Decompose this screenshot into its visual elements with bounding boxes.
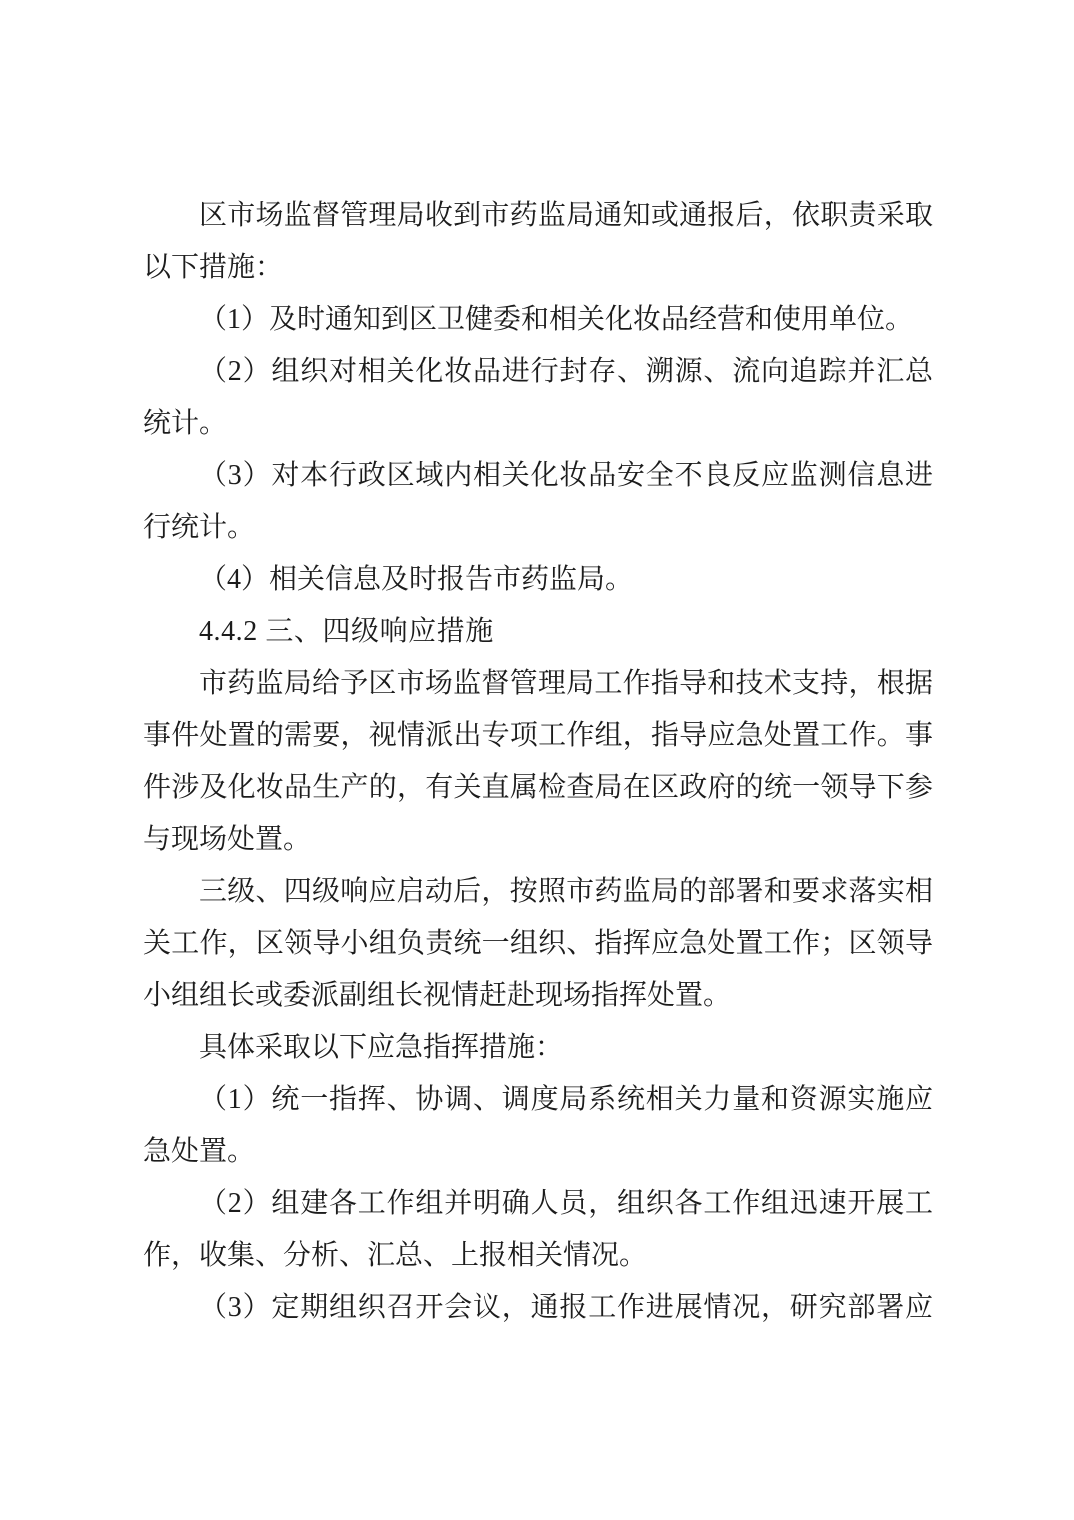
paragraph-line: 以下措施： (143, 242, 933, 294)
paragraph-line: 三级、四级响应启动后，按照市药监局的部署和要求落实相 (143, 866, 933, 918)
list-item-line: 急处置。 (143, 1126, 933, 1178)
list-item-line: （4）相关信息及时报告市药监局。 (143, 554, 933, 606)
document-body: 区市场监督管理局收到市药监局通知或通报后，依职责采取 以下措施： （1）及时通知… (143, 190, 933, 1334)
list-item-line: （2）组织对相关化妆品进行封存、溯源、流向追踪并汇总 (143, 346, 933, 398)
document-page: 区市场监督管理局收到市药监局通知或通报后，依职责采取 以下措施： （1）及时通知… (0, 0, 1074, 1520)
paragraph-line: 件涉及化妆品生产的，有关直属检查局在区政府的统一领导下参 (143, 762, 933, 814)
list-item-line: （1）统一指挥、协调、调度局系统相关力量和资源实施应 (143, 1074, 933, 1126)
list-item-line: （3）定期组织召开会议，通报工作进展情况，研究部署应 (143, 1282, 933, 1334)
paragraph-line: 事件处置的需要，视情派出专项工作组，指导应急处置工作。事 (143, 710, 933, 762)
paragraph-line: 关工作，区领导小组负责统一组织、指挥应急处置工作；区领导 (143, 918, 933, 970)
list-item-line: （1）及时通知到区卫健委和相关化妆品经营和使用单位。 (143, 294, 933, 346)
paragraph-line: 区市场监督管理局收到市药监局通知或通报后，依职责采取 (143, 190, 933, 242)
paragraph-line: 小组组长或委派副组长视情赶赴现场指挥处置。 (143, 970, 933, 1022)
list-item-line: 行统计。 (143, 502, 933, 554)
paragraph-line: 市药监局给予区市场监督管理局工作指导和技术支持，根据 (143, 658, 933, 710)
list-item-line: （3）对本行政区域内相关化妆品安全不良反应监测信息进 (143, 450, 933, 502)
paragraph-line: 具体采取以下应急指挥措施： (143, 1022, 933, 1074)
section-heading: 4.4.2 三、四级响应措施 (143, 606, 933, 658)
list-item-line: （2）组建各工作组并明确人员，组织各工作组迅速开展工 (143, 1178, 933, 1230)
list-item-line: 统计。 (143, 398, 933, 450)
paragraph-line: 与现场处置。 (143, 814, 933, 866)
list-item-line: 作，收集、分析、汇总、上报相关情况。 (143, 1230, 933, 1282)
